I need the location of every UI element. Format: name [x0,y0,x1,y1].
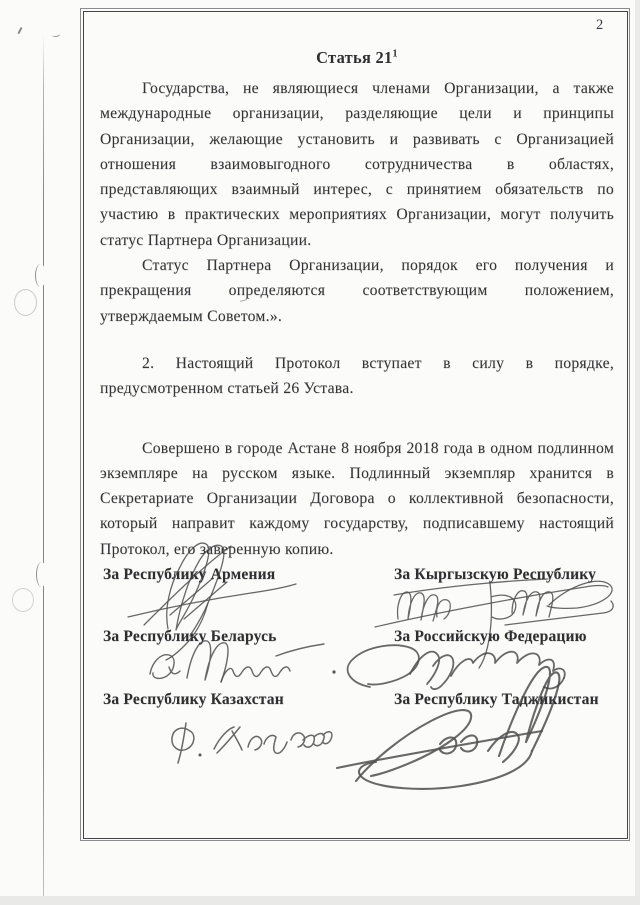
signatory-label-armenia: За Республику Армения [103,566,275,584]
body-paragraph-entry-into-force: 2. Настоящий Протокол вступает в силу в … [100,351,614,402]
scan-squiggle-mark [52,31,61,37]
scan-bottom-edge-shade [0,896,640,905]
page-edge-fold-line [43,34,44,902]
page-number: 2 [596,17,620,34]
signatory-label-belarus: За Республику Беларусь [103,628,277,646]
scanned-document-page: { "page": { "number": "2", "title": "Ста… [0,0,640,905]
body-paragraph-partner-status: Статус Партнера Организации, порядок его… [100,253,614,329]
signatory-label-tajikistan: За Республику Таджикистан [394,691,599,709]
signatory-label-russia: За Российскую Федерацию [394,628,587,646]
article-title-text: Статья 21 [316,48,392,67]
signatory-label-kyrgyzstan: За Кыргызскую Республику [394,566,596,584]
punch-hole-notch [35,264,46,287]
article-title-superscript: 1 [393,49,398,60]
scan-right-edge-shade [635,0,640,905]
punch-hole-mark [14,289,37,316]
body-paragraph-partner-criteria: Государства, не являющиеся членами Орган… [100,76,614,253]
punch-hole-notch [36,562,47,587]
article-title: Статья 211 [100,48,614,68]
signatory-label-kazakhstan: За Республику Казахстан [103,691,284,709]
body-paragraph-done-at-astana: Совершено в городе Астане 8 ноября 2018 … [100,436,614,562]
punch-hole-mark [12,588,34,612]
document-body: Государства, не являющиеся членами Орган… [100,76,614,562]
scan-tick-mark [17,27,22,34]
